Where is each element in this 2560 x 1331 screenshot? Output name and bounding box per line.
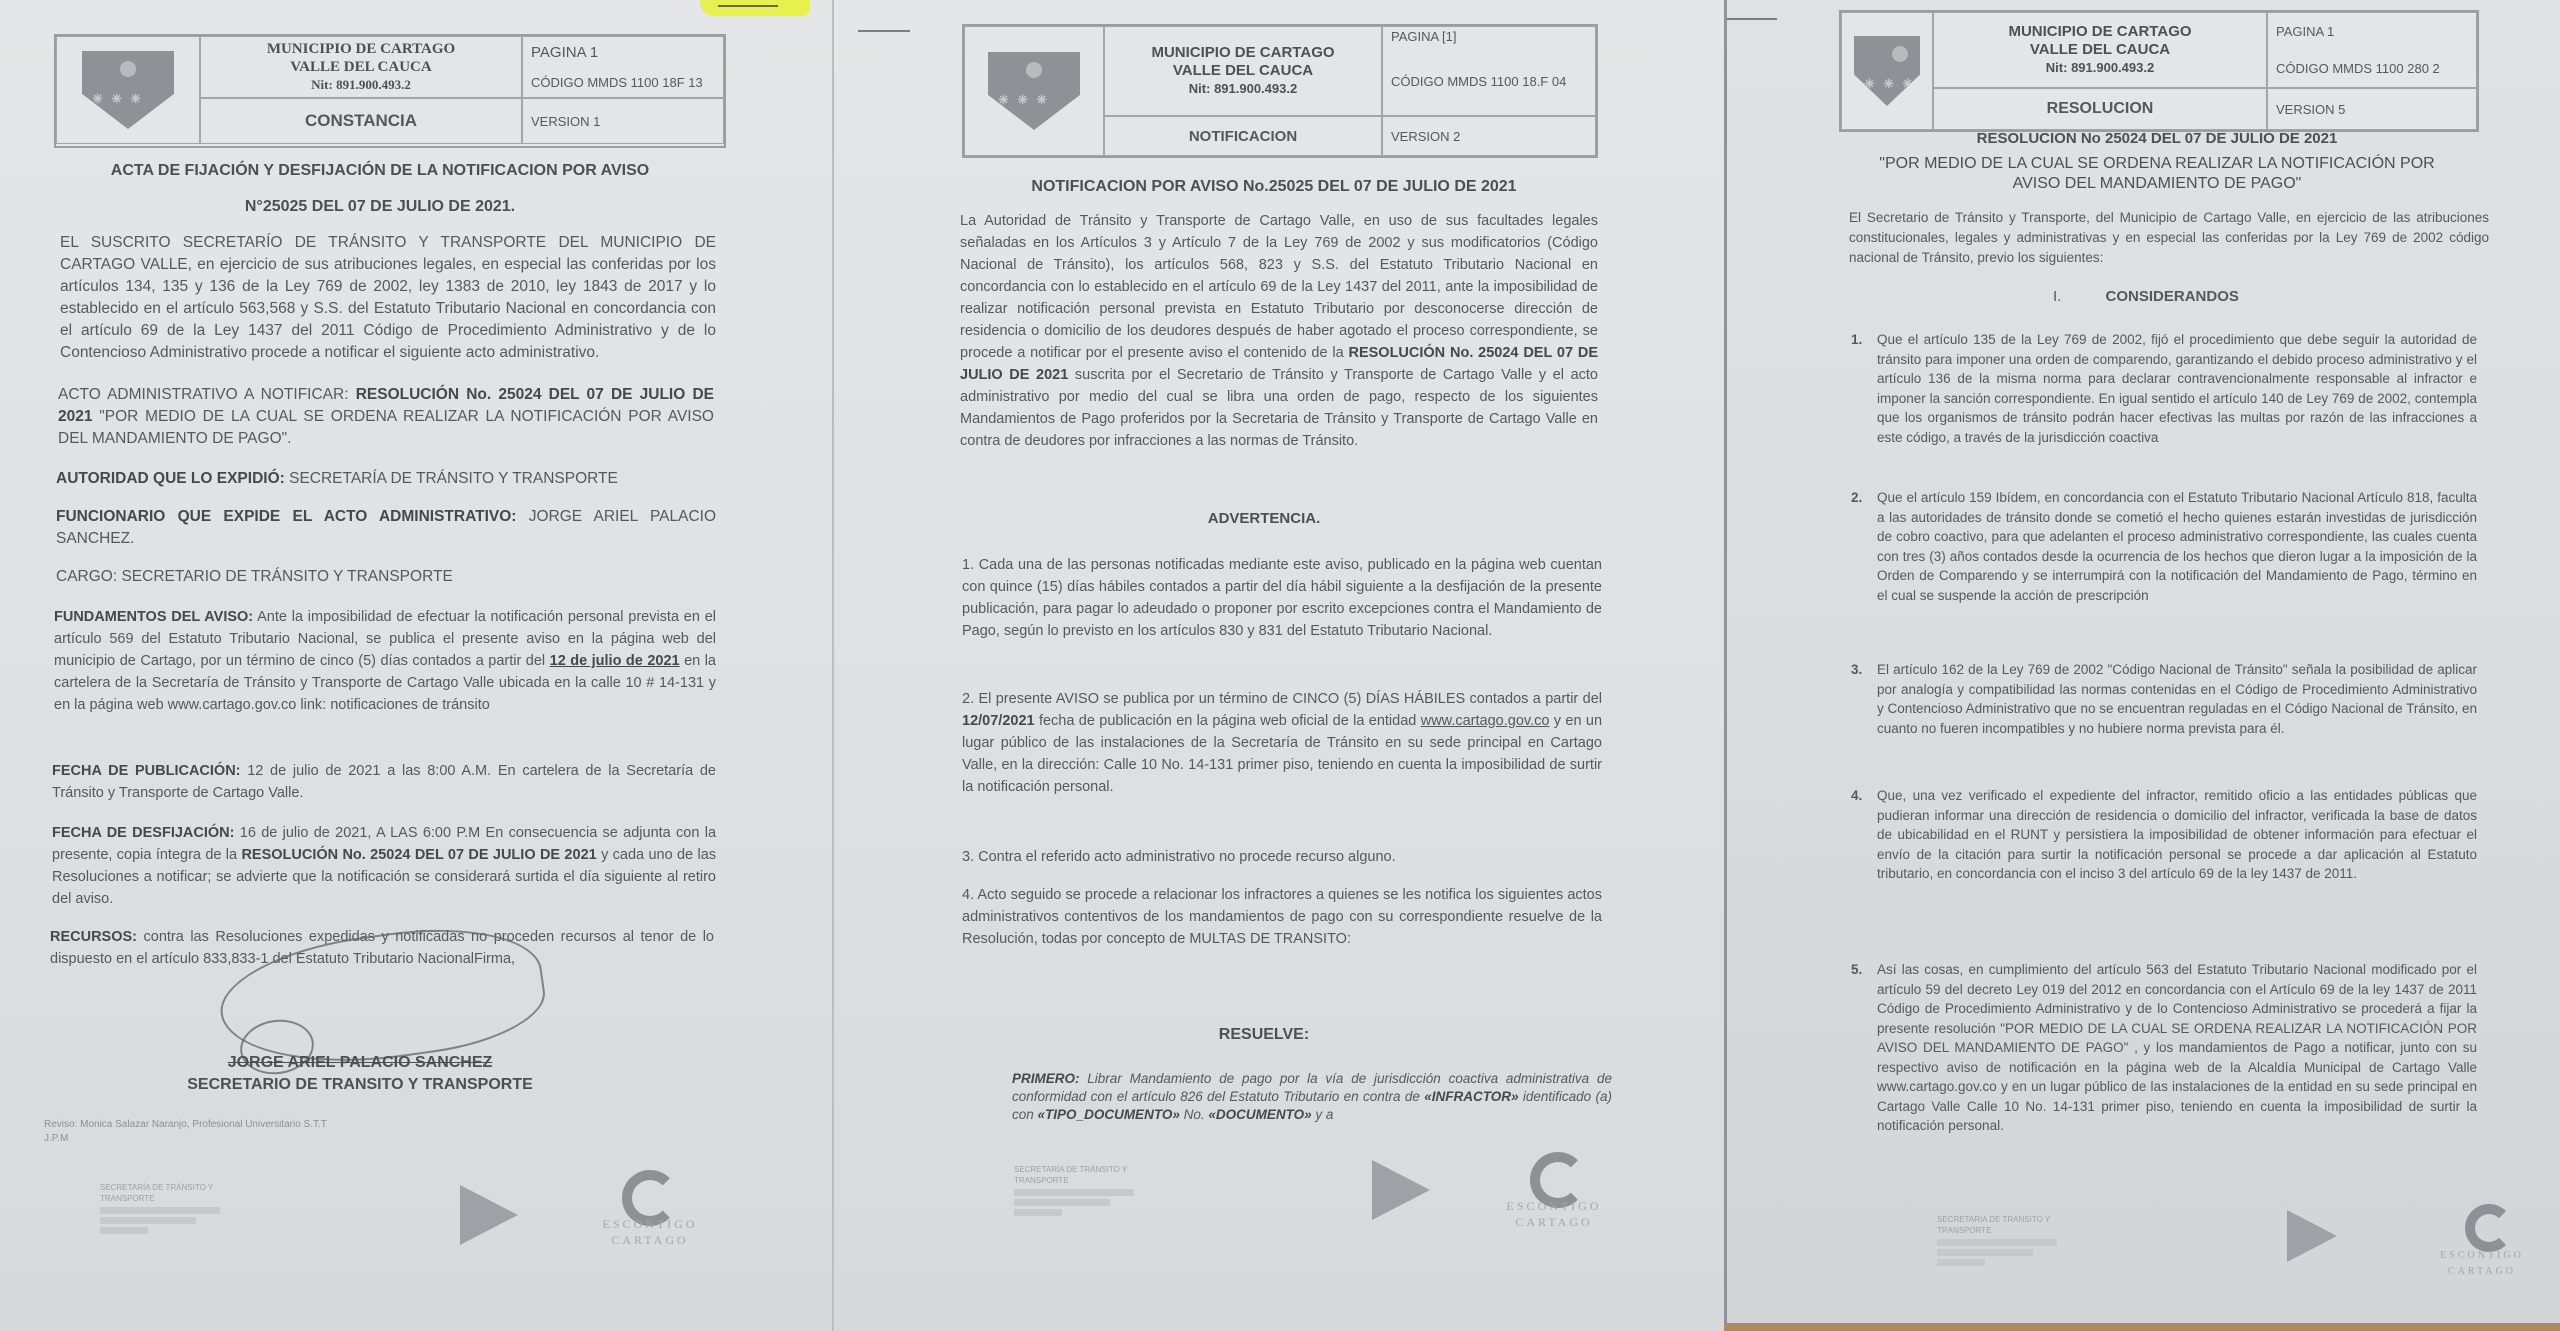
document-header-table: MUNICIPIO DE CARTAGO VALLE DEL CAUCA Nit…: [54, 34, 726, 148]
document-code: CÓDIGO MMDS 1100 18.F 04: [1391, 74, 1566, 89]
play-arrow-icon: [460, 1185, 518, 1245]
footer-contact: SECRETARÍA DE TRÁNSITO Y TRANSPORTE: [1014, 1164, 1134, 1219]
page-number: PAGINA 1: [2276, 24, 2334, 39]
document-page-notificacion: MUNICIPIO DE CARTAGO VALLE DEL CAUCA Nit…: [832, 0, 1726, 1331]
autoridad-paragraph: AUTORIDAD QUE LO EXPIDIÓ: SECRETARÍA DE …: [56, 468, 716, 490]
footer-contact: SECRETARÍA DE TRÁNSITO Y TRANSPORTE: [1937, 1214, 2057, 1269]
cartago-website-link[interactable]: www.cartago.gov.co: [1421, 713, 1550, 729]
department-name: VALLE DEL CAUCA: [290, 58, 431, 76]
autoridad-value: SECRETARÍA DE TRÁNSITO Y TRANSPORTE: [289, 470, 618, 487]
considerando-text: Que el artículo 135 de la Ley 769 de 200…: [1877, 332, 2477, 445]
document-code: CÓDIGO MMDS 1100 18F 13: [531, 75, 703, 90]
coat-of-arms-icon: [988, 52, 1080, 130]
document-header-table: MUNICIPIO DE CARTAGO VALLE DEL CAUCA Nit…: [1839, 10, 2479, 132]
document-code: CÓDIGO MMDS 1100 280 2: [2276, 61, 2440, 76]
document-page-constancia: MUNICIPIO DE CARTAGO VALLE DEL CAUCA Nit…: [0, 0, 832, 1331]
item-2-text: 2. El presente AVISO se publica por un t…: [962, 691, 1602, 707]
cargo-value: SECRETARIO DE TRÁNSITO Y TRANSPORTE: [121, 568, 452, 585]
considerando-number: 1.: [1851, 330, 1862, 350]
intro-paragraph: La Autoridad de Tránsito y Transporte de…: [960, 210, 1598, 452]
pen-mark: [1727, 18, 1777, 20]
document-type: CONSTANCIA: [200, 98, 522, 144]
resolution-title: "POR MEDIO DE LA CUAL SE ORDENA REALIZAR…: [1877, 154, 2437, 194]
document-header-table: MUNICIPIO DE CARTAGO VALLE DEL CAUCA Nit…: [962, 24, 1598, 158]
brand-wordmark: ESCONTIGO CARTAGO: [1484, 1198, 1624, 1230]
document-page-resolucion: MUNICIPIO DE CARTAGO VALLE DEL CAUCA Nit…: [1724, 0, 2560, 1331]
section-number: I.: [2053, 288, 2061, 305]
fundamentos-paragraph: FUNDAMENTOS DEL AVISO: Ante la imposibil…: [54, 606, 716, 716]
coat-of-arms-cell: [1841, 12, 1933, 130]
footer-org: SECRETARÍA DE TRÁNSITO Y TRANSPORTE: [1937, 1214, 2057, 1236]
advertencia-item-2: 2. El presente AVISO se publica por un t…: [962, 688, 1602, 798]
footer-org: SECRETARÍA DE TRÁNSITO Y TRANSPORTE: [100, 1182, 220, 1204]
page-number: PAGINA 1: [531, 44, 598, 61]
department-name: VALLE DEL CAUCA: [2030, 41, 2170, 59]
brand-logo-icon: [2465, 1204, 2513, 1252]
cargo-paragraph: CARGO: SECRETARIO DE TRÁNSITO Y TRANSPOR…: [56, 566, 716, 588]
footer-contact: SECRETARÍA DE TRÁNSITO Y TRANSPORTE: [100, 1182, 220, 1237]
initials-note: J.P.M: [44, 1128, 144, 1150]
advertencia-item-3: 3. Contra el referido acto administrativ…: [962, 846, 1602, 868]
brand-line-1: ESCONTIGO: [1484, 1198, 1624, 1214]
desfijacion-paragraph: FECHA DE DESFIJACIÓN: 16 de julio de 202…: [52, 822, 716, 910]
nit: Nit: 891.900.493.2: [2046, 59, 2154, 77]
brand-wordmark: ESCONTIGO CARTAGO: [2417, 1248, 2547, 1280]
pen-mark: [858, 30, 910, 32]
primero-text-d: y a: [1315, 1107, 1333, 1122]
intro-paragraph: El Secretario de Tránsito y Transporte, …: [1849, 208, 2489, 268]
document-version: VERSION 2: [1382, 116, 1596, 156]
coat-of-arms-cell: [964, 26, 1104, 156]
considerando-item: 1.Que el artículo 135 de la Ley 769 de 2…: [1877, 330, 2477, 447]
municipality-block: MUNICIPIO DE CARTAGO VALLE DEL CAUCA Nit…: [1104, 26, 1382, 116]
coat-of-arms-cell: [56, 36, 200, 144]
considerando-text: Que, una vez verificado el expediente de…: [1877, 788, 2477, 881]
play-arrow-icon: [2287, 1210, 2337, 1262]
play-arrow-icon: [1372, 1160, 1430, 1220]
page-code-cell: PAGINA 1 CÓDIGO MMDS 1100 280 2: [2267, 12, 2477, 88]
advertencia-item-4: 4. Acto seguido se procede a relacionar …: [962, 884, 1602, 950]
coat-of-arms-icon: [1854, 36, 1920, 106]
municipality-name: MUNICIPIO DE CARTAGO: [267, 40, 455, 58]
intro-text: La Autoridad de Tránsito y Transporte de…: [960, 213, 1598, 361]
item-2-date: 12/07/2021: [962, 713, 1035, 729]
placeholder-infractor: «INFRACTOR»: [1424, 1089, 1518, 1104]
highlighter-mark: [700, 0, 810, 16]
municipality-block: MUNICIPIO DE CARTAGO VALLE DEL CAUCA Nit…: [1933, 12, 2267, 88]
considerando-number: 5.: [1851, 960, 1862, 980]
desfijacion-label: FECHA DE DESFIJACIÓN:: [52, 825, 234, 841]
acto-label: ACTO ADMINISTRATIVO A NOTIFICAR:: [58, 386, 349, 403]
nit: Nit: 891.900.493.2: [1189, 80, 1297, 98]
brand-line-1: ESCONTIGO: [580, 1216, 720, 1232]
signer-title: SECRETARIO DE TRANSITO Y TRANSPORTE: [150, 1074, 570, 1096]
considerando-text: El artículo 162 de la Ley 769 de 2002 "C…: [1877, 662, 2477, 736]
recursos-label: RECURSOS:: [50, 929, 137, 945]
municipality-block: MUNICIPIO DE CARTAGO VALLE DEL CAUCA Nit…: [200, 36, 522, 98]
considerando-number: 3.: [1851, 660, 1862, 680]
publicacion-paragraph: FECHA DE PUBLICACIÓN: 12 de julio de 202…: [52, 760, 716, 804]
document-title: NOTIFICACION POR AVISO No.25025 DEL 07 D…: [944, 176, 1604, 198]
considerando-text: Así las cosas, en cumplimiento del artíc…: [1877, 962, 2477, 1133]
brand-line-2: CARTAGO: [580, 1232, 720, 1248]
intro-paragraph: EL SUSCRITO SECRETARÍO DE TRÁNSITO Y TRA…: [60, 232, 716, 364]
desk-surface: [1724, 1323, 2560, 1331]
footer-org: SECRETARÍA DE TRÁNSITO Y TRANSPORTE: [1014, 1164, 1134, 1186]
municipality-name: MUNICIPIO DE CARTAGO: [1151, 44, 1334, 62]
document-type: NOTIFICACION: [1104, 116, 1382, 156]
acto-paragraph: ACTO ADMINISTRATIVO A NOTIFICAR: RESOLUC…: [58, 384, 714, 450]
coat-of-arms-icon: [82, 51, 174, 129]
autoridad-label: AUTORIDAD QUE LO EXPIDIÓ:: [56, 470, 285, 487]
section-title: CONSIDERANDOS: [2106, 288, 2239, 305]
advertencia-item-1: 1. Cada una de las personas notificadas …: [962, 554, 1602, 642]
considerando-item: 4.Que, una vez verificado el expediente …: [1877, 786, 2477, 884]
advertencia-heading: ADVERTENCIA.: [954, 508, 1574, 530]
desfijacion-resolution: RESOLUCIÓN No. 25024 DEL 07 DE JULIO DE …: [241, 847, 596, 863]
brand-line-1: ESCONTIGO: [2417, 1248, 2547, 1264]
considerando-text: Que el artículo 159 Ibídem, en concordan…: [1877, 490, 2477, 603]
document-subtitle: N°25025 DEL 07 DE JULIO DE 2021.: [40, 196, 720, 218]
document-type: RESOLUCION: [1933, 88, 2267, 130]
page-code-cell: PAGINA 1 CÓDIGO MMDS 1100 18F 13: [522, 36, 724, 98]
department-name: VALLE DEL CAUCA: [1173, 62, 1313, 80]
resolution-number: RESOLUCION No 25024 DEL 07 DE JULIO DE 2…: [1827, 128, 2487, 150]
document-title: ACTA DE FIJACIÓN Y DESFIJACIÓN DE LA NOT…: [40, 160, 720, 182]
fundamentos-date: 12 de julio de 2021: [550, 653, 680, 669]
considerandos-heading: I. CONSIDERANDOS: [2053, 286, 2353, 308]
brand-line-2: CARTAGO: [1484, 1214, 1624, 1230]
funcionario-label: FUNCIONARIO QUE EXPIDE EL ACTO ADMINISTR…: [56, 508, 516, 525]
considerando-item: 5.Así las cosas, en cumplimiento del art…: [1877, 960, 2477, 1136]
resuelve-heading: RESUELVE:: [954, 1024, 1574, 1046]
publicacion-label: FECHA DE PUBLICACIÓN:: [52, 763, 241, 779]
considerando-number: 2.: [1851, 488, 1862, 508]
fundamentos-label: FUNDAMENTOS DEL AVISO:: [54, 609, 253, 625]
primero-label: PRIMERO:: [1012, 1071, 1080, 1086]
placeholder-documento: «DOCUMENTO»: [1208, 1107, 1311, 1122]
document-version: VERSION 5: [2267, 88, 2477, 130]
item-2-text-cont: fecha de publicación en la página web of…: [1039, 713, 1416, 729]
considerando-item: 3.El artículo 162 de la Ley 769 de 2002 …: [1877, 660, 2477, 738]
signer-name: JORGE ARIEL PALACIO SANCHEZ: [150, 1052, 570, 1074]
municipality-name: MUNICIPIO DE CARTAGO: [2008, 23, 2191, 41]
page-number: PAGINA [1]: [1391, 29, 1457, 44]
page-code-cell: PAGINA [1] CÓDIGO MMDS 1100 18.F 04: [1382, 26, 1596, 116]
acto-description: "POR MEDIO DE LA CUAL SE ORDENA REALIZAR…: [58, 408, 714, 447]
primero-paragraph: PRIMERO: Librar Mandamiento de pago por …: [1012, 1070, 1612, 1124]
placeholder-tipo-documento: «TIPO_DOCUMENTO»: [1038, 1107, 1180, 1122]
funcionario-paragraph: FUNCIONARIO QUE EXPIDE EL ACTO ADMINISTR…: [56, 506, 716, 550]
primero-text-c: No.: [1184, 1107, 1205, 1122]
cargo-label: CARGO:: [56, 568, 117, 585]
nit: Nit: 891.900.493.2: [311, 76, 411, 94]
document-version: VERSION 1: [522, 98, 724, 144]
considerando-number: 4.: [1851, 786, 1862, 806]
considerando-item: 2.Que el artículo 159 Ibídem, en concord…: [1877, 488, 2477, 605]
brand-line-2: CARTAGO: [2417, 1264, 2547, 1280]
brand-wordmark: ESCONTIGO CARTAGO: [580, 1216, 720, 1248]
